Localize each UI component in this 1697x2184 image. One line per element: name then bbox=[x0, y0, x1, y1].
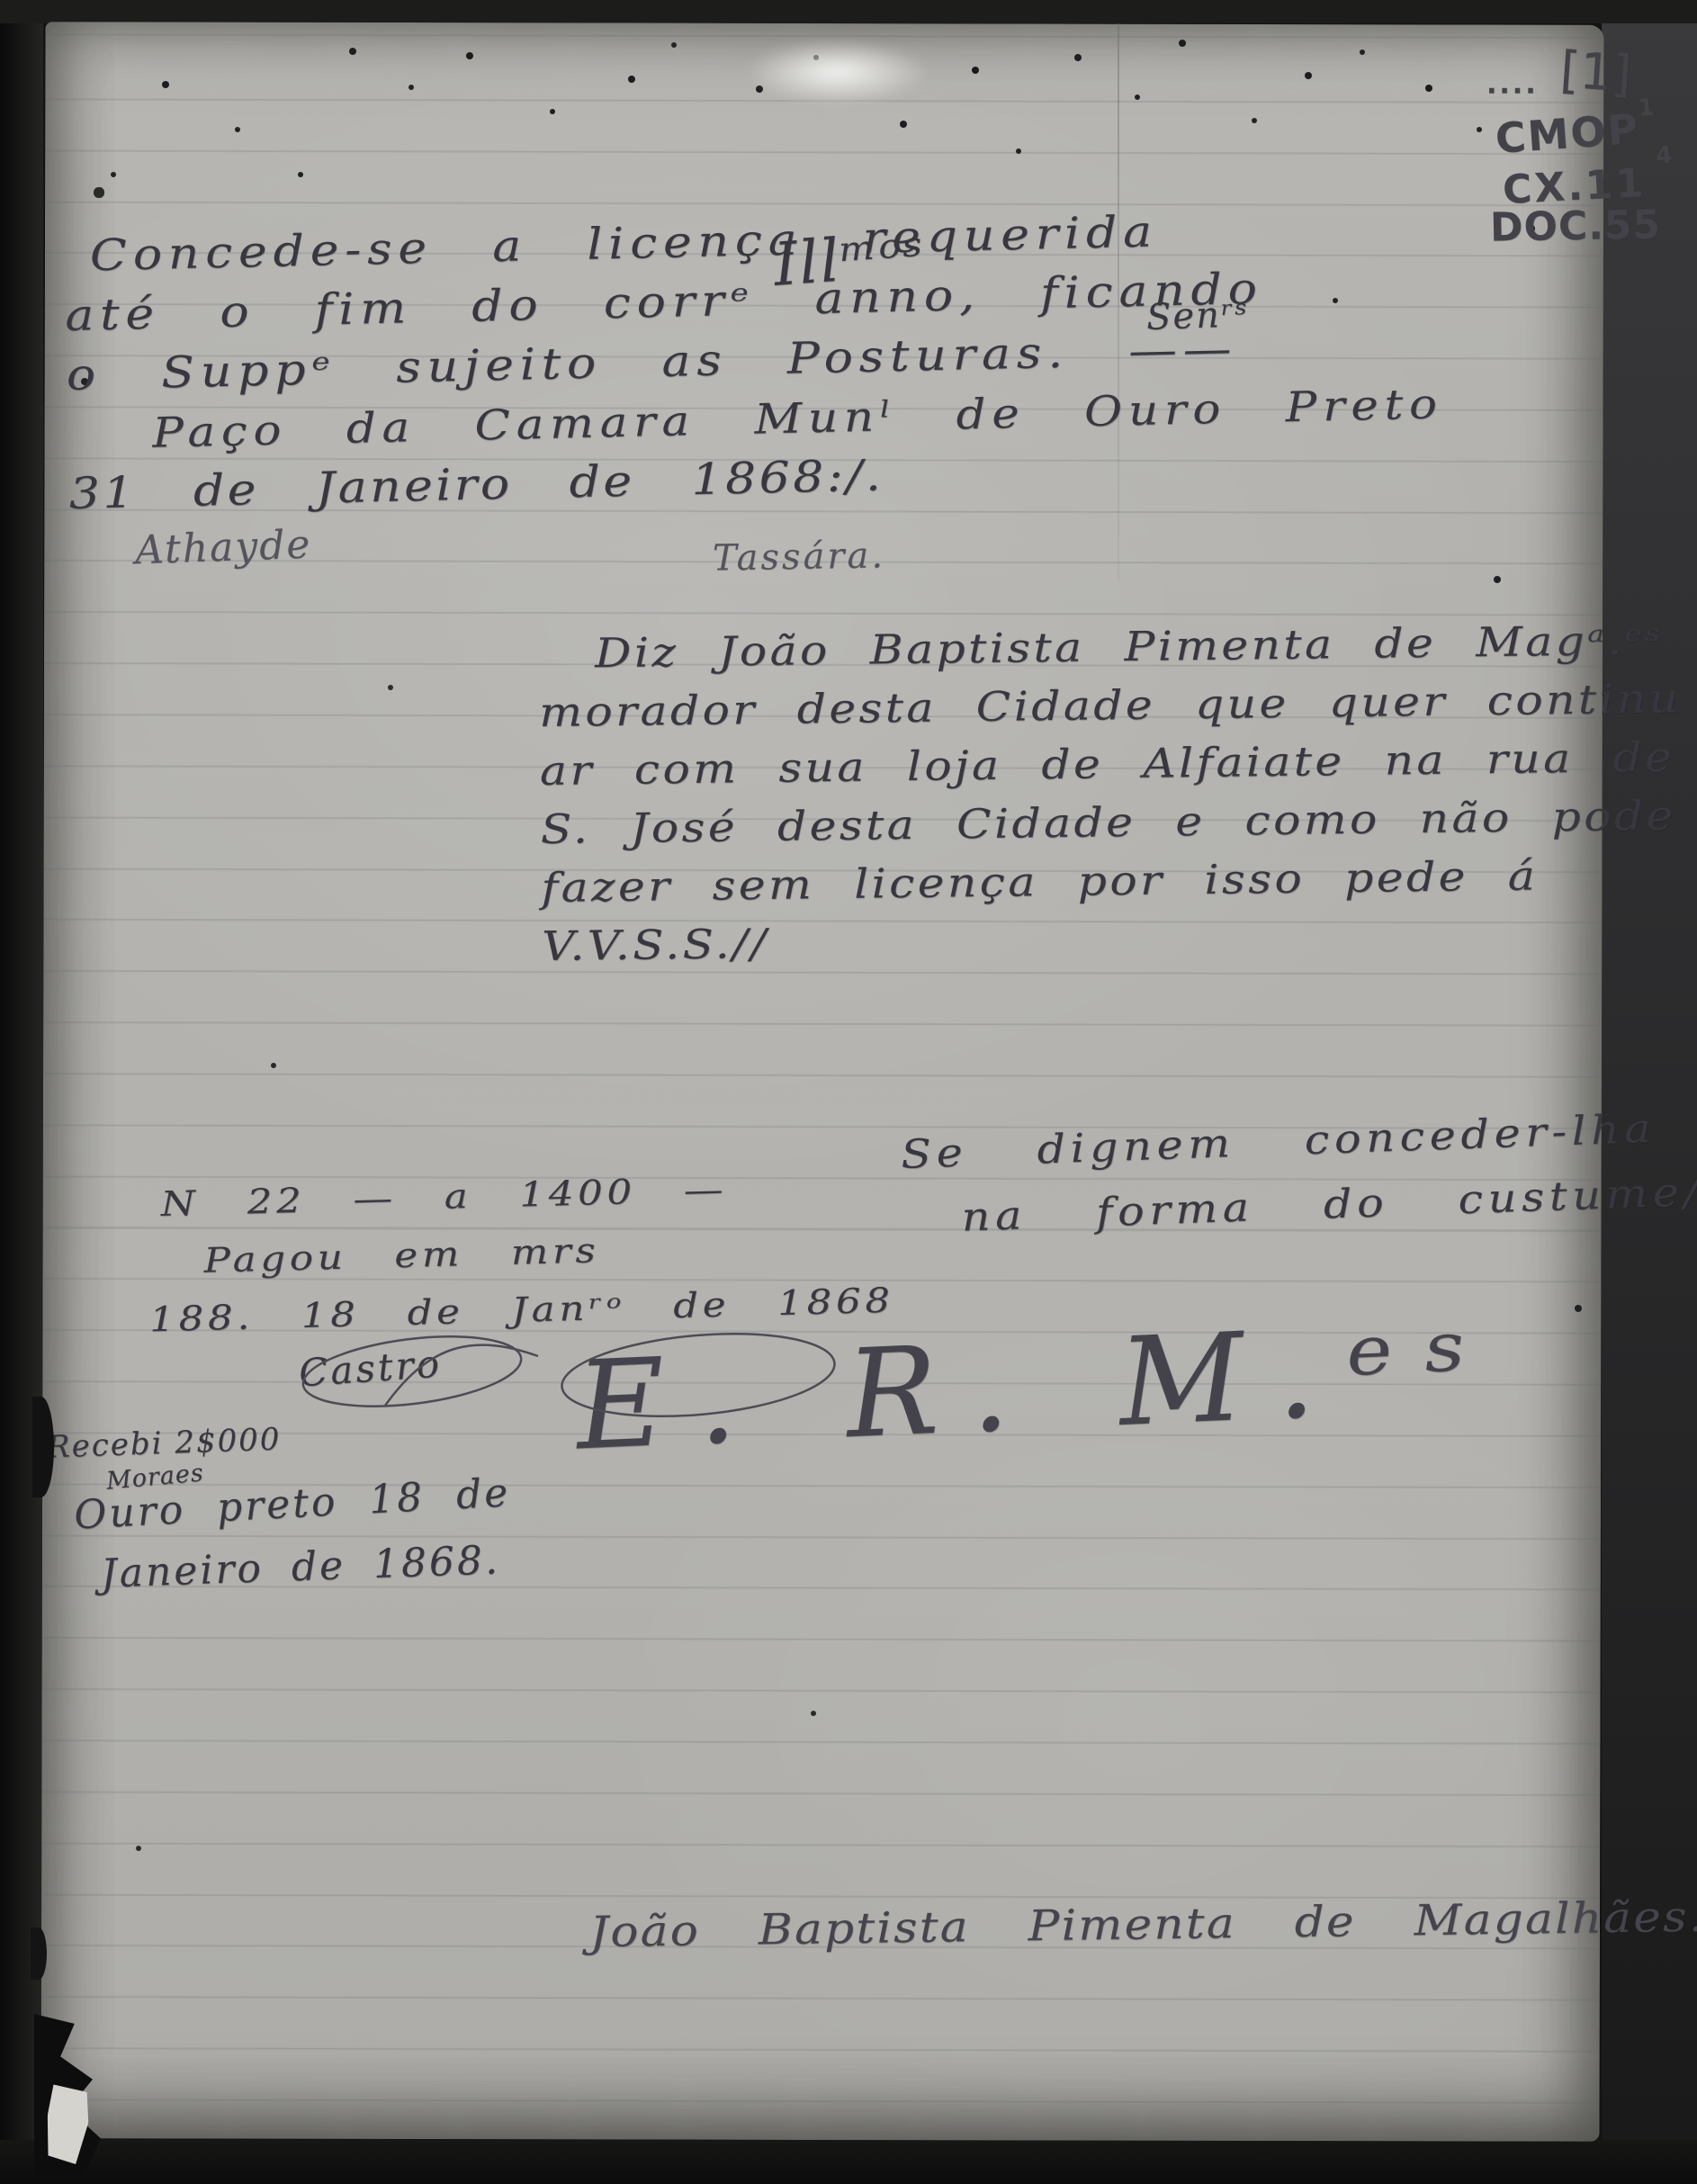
collection-sup: 1 bbox=[1637, 94, 1657, 121]
collection-label: CMOP bbox=[1494, 104, 1641, 163]
scanner-edge-top bbox=[0, 0, 1697, 23]
white-smear bbox=[745, 40, 929, 104]
archival-doc-number: DOC.55 bbox=[1490, 202, 1662, 250]
dispatch-signature-tassara: Tassára. bbox=[713, 535, 886, 579]
scanner-edge-left bbox=[0, 0, 43, 2184]
collection-sub: 4 bbox=[1655, 141, 1675, 169]
archival-page-number: [1] bbox=[1558, 40, 1634, 103]
edge-notch bbox=[31, 1928, 47, 1980]
dispatch-note: Concede-se a licença requerida até o fim… bbox=[63, 195, 1445, 524]
archival-dots: ···· bbox=[1486, 76, 1539, 107]
scanner-edge-right bbox=[1602, 0, 1697, 2184]
petition-body: Diz João Baptista Pimenta de Magᵃ.ᵉˢ mor… bbox=[538, 610, 1684, 975]
scanner-edge-bottom bbox=[0, 2140, 1697, 2184]
paper-speckles bbox=[0, 0, 4, 4]
request-clause: Se dignem conceder-lha na forma do custu… bbox=[900, 1094, 1697, 1253]
dispatch-signature-athayde: Athayde bbox=[134, 522, 312, 574]
rubric-flourish bbox=[268, 1307, 862, 1442]
scanned-document: ···· [1] CMOP14 CX.11 DOC.55 Illᵐᵒˢ Senʳ… bbox=[0, 0, 1697, 2184]
